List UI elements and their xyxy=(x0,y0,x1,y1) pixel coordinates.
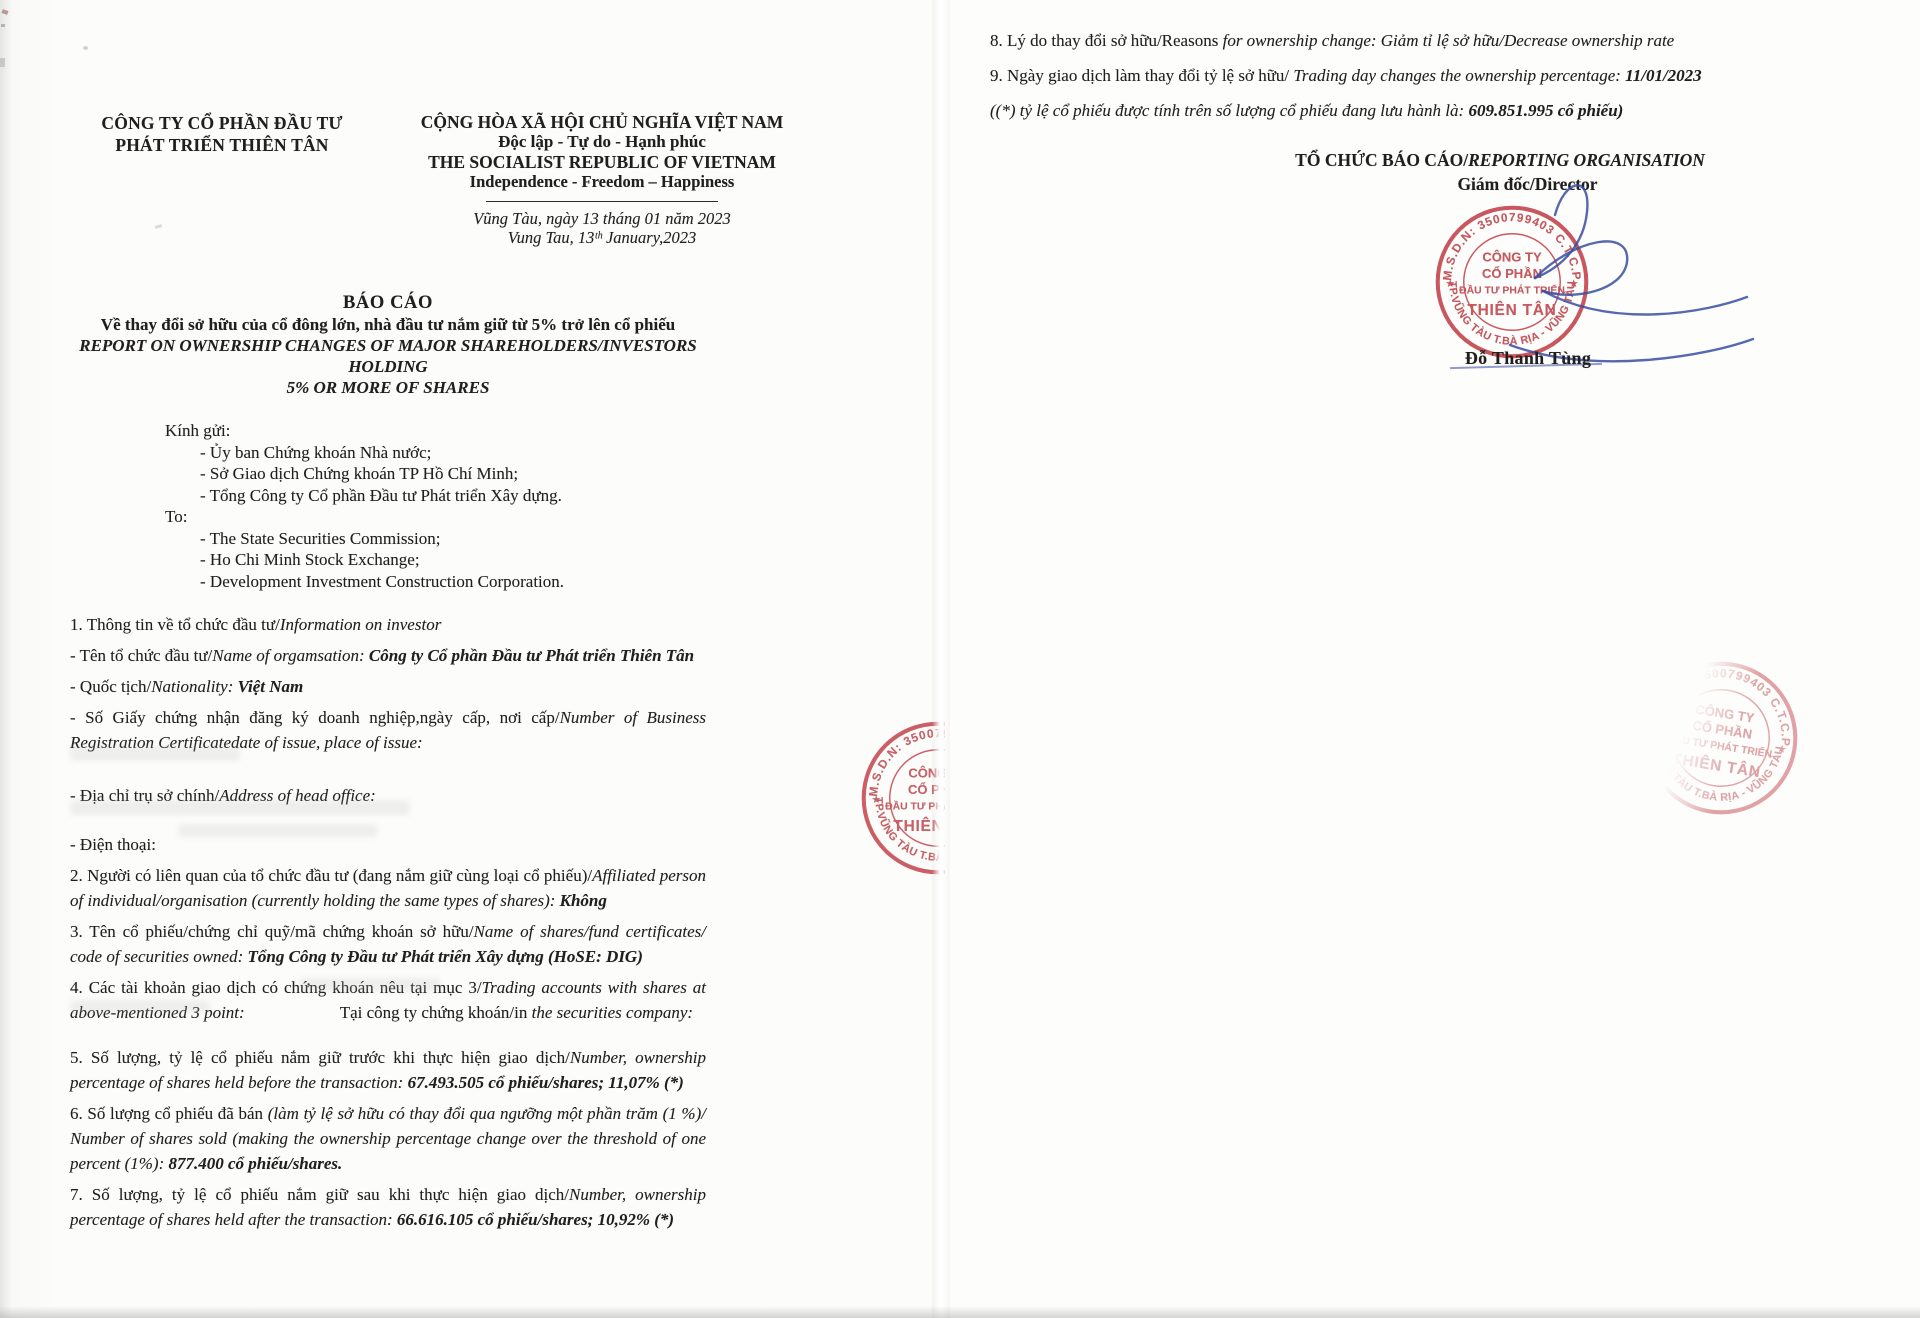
para-trading-day: 9. Ngày giao dịch làm thay đổi tỷ lệ sở … xyxy=(990,61,1750,91)
recipient-vi: - Sở Giao dịch Chứng khoán TP Hồ Chí Min… xyxy=(200,463,710,485)
recipient-vi: - Ủy ban Chứng khoán Nhà nước; xyxy=(200,442,710,464)
para-shares-before: 5. Số lượng, tỷ lệ cổ phiếu nắm giữ trướ… xyxy=(70,1045,706,1095)
to-label: To: xyxy=(165,506,710,528)
para-reason: 8. Lý do thay đổi sở hữu/Reasons for own… xyxy=(990,26,1750,56)
page-seam xyxy=(932,0,950,1318)
recipient-en: - Ho Chi Minh Stock Exchange; xyxy=(200,549,710,571)
para-investor-info-heading: 1. Thông tin về tổ chức đầu tư/Informati… xyxy=(70,612,706,637)
star-icon: ★ xyxy=(1654,723,1665,736)
motto-line: Độc lập - Tự do - Hạnh phúc xyxy=(407,132,797,152)
star-icon: ★ xyxy=(1776,743,1787,756)
page-1: CÔNG TY CỔ PHẦN ĐẦU TƯ PHÁT TRIỂN THIÊN … xyxy=(0,0,945,1318)
para-shares-after: 7. Số lượng, tỷ lệ cổ phiếu nắm giữ sau … xyxy=(70,1182,706,1232)
para-nationality: - Quốc tịch/Nationality: Việt Nam xyxy=(70,674,706,699)
star-icon: ★ xyxy=(872,794,882,806)
kinh-gui-label: Kính gửi: xyxy=(165,420,710,442)
divider-line xyxy=(486,201,718,202)
para-securities-owned: 3. Tên cổ phiếu/chứng chỉ quỹ/mã chứng k… xyxy=(70,919,706,969)
redaction-smudge xyxy=(70,746,240,761)
reporting-organisation-heading: TỔ CHỨC BÁO CÁO/REPORTING ORGANISATION xyxy=(1245,150,1755,171)
addressees: Kính gửi: - Ủy ban Chứng khoán Nhà nước;… xyxy=(70,420,710,592)
republic-line-en: THE SOCIALIST REPUBLIC OF VIETNAM xyxy=(407,152,797,172)
para-affiliated-person: 2. Người có liên quan của tổ chức đầu tư… xyxy=(70,863,706,913)
report-title: BÁO CÁO Về thay đổi sở hữu của cổ đông l… xyxy=(38,293,738,398)
dateline-en: Vung Tau, 13ᵗʰ January,2023 xyxy=(407,228,797,247)
para-phone: - Điện thoại: xyxy=(70,832,706,857)
document-header: CÔNG TY CỔ PHẦN ĐẦU TƯ PHÁT TRIỂN THIÊN … xyxy=(72,112,945,247)
recipient-en: - Development Investment Construction Co… xyxy=(200,571,710,593)
company-name-line: PHÁT TRIỂN THIÊN TÂN xyxy=(72,134,372,156)
scanned-document: CÔNG TY CỔ PHẦN ĐẦU TƯ PHÁT TRIỂN THIÊN … xyxy=(0,0,1920,1318)
title-main: BÁO CÁO xyxy=(38,293,738,314)
company-stamp-faded: M.S.D.N: 3500799403 C.T.C.P TP.VŨNG TÀU … xyxy=(1627,644,1815,832)
dateline-vi: Vũng Tàu, ngày 13 tháng 01 năm 2023 xyxy=(407,209,797,228)
redaction-smudge xyxy=(70,1000,210,1013)
republic-line: CỘNG HÒA XÃ HỘI CHỦ NGHĨA VIỆT NAM xyxy=(407,112,797,132)
company-header: CÔNG TY CỔ PHẦN ĐẦU TƯ PHÁT TRIỂN THIÊN … xyxy=(72,112,372,247)
page-2: 8. Lý do thay đổi sở hữu/Reasons for own… xyxy=(945,0,1920,1318)
signer-name: Đỗ Thanh Tùng xyxy=(1443,348,1613,369)
title-sub-vi: Về thay đổi sở hữu của cổ đông lớn, nhà … xyxy=(38,314,738,335)
scan-edge-shadow xyxy=(0,1306,1920,1318)
motto-line-en: Independence - Freedom – Happiness xyxy=(407,172,797,192)
title-sub-en: REPORT ON OWNERSHIP CHANGES OF MAJOR SHA… xyxy=(38,335,738,377)
company-name-line: CÔNG TY CỔ PHẦN ĐẦU TƯ xyxy=(72,112,372,134)
report-body-continued: 8. Lý do thay đổi sở hữu/Reasons for own… xyxy=(945,0,1750,126)
redaction-smudge xyxy=(70,800,410,815)
recipient-vi: - Tổng Công ty Cổ phần Đầu tư Phát triển… xyxy=(200,485,710,507)
scan-edge-shadow xyxy=(0,0,12,1318)
national-header: CỘNG HÒA XÃ HỘI CHỦ NGHĨA VIỆT NAM Độc l… xyxy=(407,112,797,247)
para-outstanding-note: ((*) tỷ lệ cổ phiếu được tính trên số lư… xyxy=(990,96,1750,126)
para-shares-sold: 6. Số lượng cổ phiếu đã bán (làm tỷ lệ s… xyxy=(70,1101,706,1176)
redaction-smudge xyxy=(300,978,440,991)
redaction-smudge xyxy=(178,824,378,837)
scan-artifact xyxy=(83,46,88,50)
para-organisation-name: - Tên tổ chức đầu tư/Name of orgamsation… xyxy=(70,643,706,668)
recipient-en: - The State Securities Commission; xyxy=(200,528,710,550)
title-sub-en2: 5% OR MORE OF SHARES xyxy=(38,377,738,398)
report-body: 1. Thông tin về tổ chức đầu tư/Informati… xyxy=(70,612,706,1232)
